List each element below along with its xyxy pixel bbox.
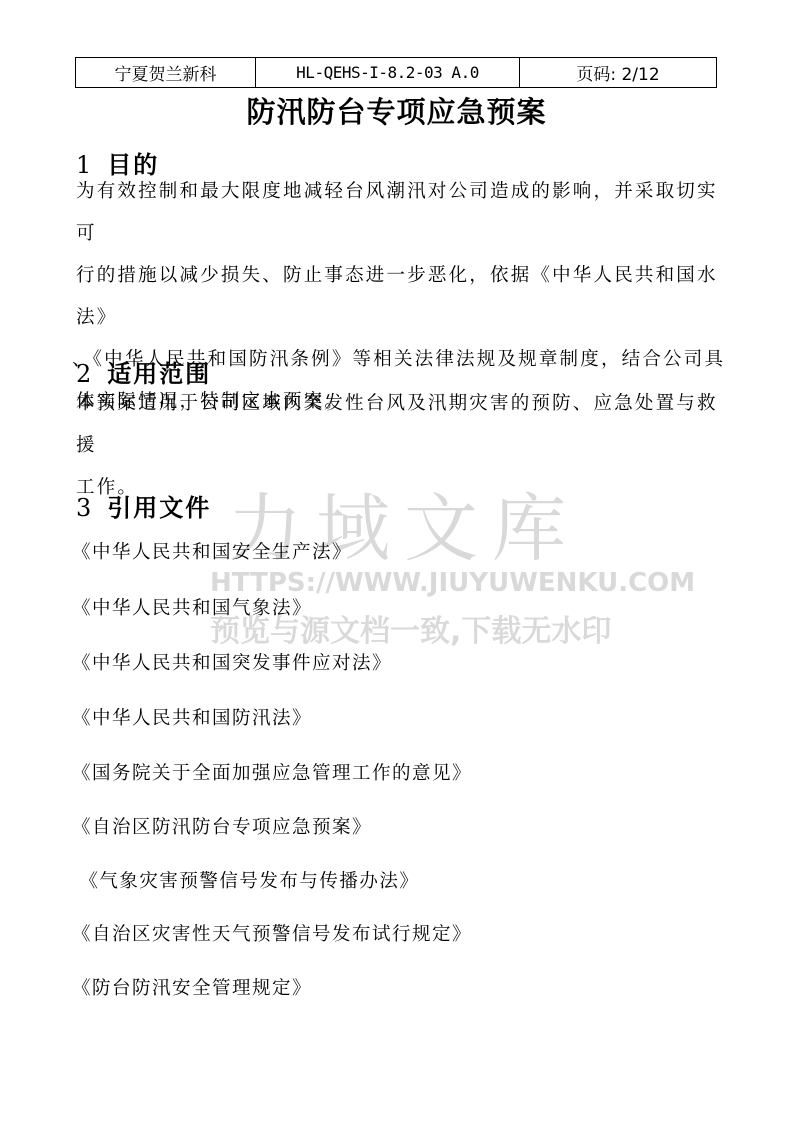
reference-item: 《国务院关于全面加强应急管理工作的意见》: [72, 759, 472, 785]
document-title: 防汛防台专项应急预案: [0, 90, 793, 131]
paragraph-line: 行的措施以减少损失、防止事态进一步恶化，依据《中华人民共和国水法》: [76, 255, 726, 339]
section-title: 引用文件: [107, 493, 211, 522]
paragraph-line: 本预案适用于公司区域内突发性台风及汛期灾害的预防、应急处置与救援: [76, 383, 726, 467]
reference-item: 《中华人民共和国安全生产法》: [72, 538, 352, 564]
section-heading-references: 3引用文件: [76, 488, 211, 523]
section-number: 3: [76, 494, 93, 522]
reference-item: 《中华人民共和国防汛法》: [72, 704, 312, 730]
company-name: 宁夏贺兰新科: [76, 58, 256, 87]
document-header-table: 宁夏贺兰新科 HL-QEHS-I-8.2-03 A.0 页码: 2/12: [75, 57, 717, 88]
reference-item: 《中华人民共和国气象法》: [72, 594, 312, 620]
reference-item: 《气象灾害预警信号发布与传播办法》: [72, 867, 419, 893]
reference-item: 《自治区防汛防台专项应急预案》: [72, 813, 372, 839]
paragraph-line: 为有效控制和最大限度地减轻台风潮汛对公司造成的影响，并采取切实可: [76, 171, 726, 255]
reference-item: 《自治区灾害性天气预警信号发布试行规定》: [72, 920, 472, 946]
reference-item: 《中华人民共和国突发事件应对法》: [72, 649, 392, 675]
document-code: HL-QEHS-I-8.2-03 A.0: [256, 58, 520, 87]
reference-item: 《防台防汛安全管理规定》: [72, 974, 312, 1000]
page-number: 页码: 2/12: [520, 58, 716, 87]
